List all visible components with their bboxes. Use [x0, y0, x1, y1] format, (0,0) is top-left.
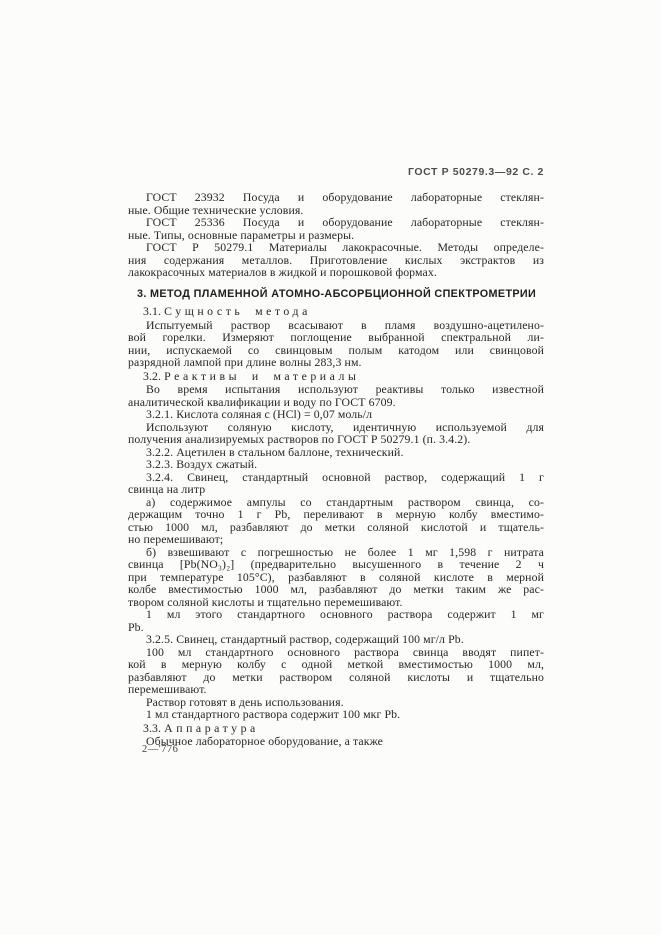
subsection-heading: 3.3. Аппаратура	[143, 722, 544, 735]
document-body: ГОСТ 23932 Посуда и оборудование лаборат…	[128, 191, 544, 748]
paragraph: 3.2.4. Свинец, стандартный основной раст…	[128, 471, 544, 496]
text-line: но перемешивают;	[128, 533, 544, 546]
paragraph: Используют соляную кислоту, идентичную и…	[128, 421, 544, 446]
text-line: Обычное лабораторное оборудование, а так…	[128, 735, 544, 748]
text-line: 1 мл стандартного раствора содержит 100 …	[128, 708, 544, 721]
subsection-title: Реактивы и материалы	[164, 369, 359, 383]
paragraph: Испытуемый раствор всасывают в пламя воз…	[128, 319, 544, 369]
paragraph: 1 мл этого стандартного основного раство…	[128, 608, 544, 633]
text-line: ГОСТ 23932 Посуда и оборудование лаборат…	[128, 191, 544, 204]
paragraph: ГОСТ 25336 Посуда и оборудование лаборат…	[128, 216, 544, 241]
paragraph: Во время испытания используют реактивы т…	[128, 383, 544, 408]
text-line: Во время испытания используют реактивы т…	[128, 383, 544, 396]
paragraph: 3.2.5. Свинец, стандартный раствор, соде…	[128, 633, 544, 646]
paragraph: б) взвешивают с погрешностью не более 1 …	[128, 546, 544, 609]
text-line: ГОСТ 25336 Посуда и оборудование лаборат…	[128, 216, 544, 229]
subsection-title: Сущность метода	[164, 304, 311, 318]
paragraph: ГОСТ 23932 Посуда и оборудование лаборат…	[128, 191, 544, 216]
subsection-number: 3.2.	[143, 369, 164, 383]
paragraph: 1 мл стандартного раствора содержит 100 …	[128, 708, 544, 721]
text-line: свинца [Pb(NO₃)₂] (предварительно высуше…	[128, 558, 544, 571]
text-line: 1 мл этого стандартного основного раство…	[128, 608, 544, 621]
paragraph: 100 мл стандартного основного раствора с…	[128, 646, 544, 696]
paragraph: а) содержимое ампулы со стандартным раст…	[128, 496, 544, 546]
text-line: кой в мерную колбу с одной меткой вмести…	[128, 658, 544, 671]
paragraph: ГОСТ Р 50279.1 Материалы лакокрасочные. …	[128, 241, 544, 279]
scanned-document-page: ГОСТ Р 50279.3—92 С. 2 ГОСТ 23932 Посуда…	[0, 0, 661, 935]
text-line: перемешивают.	[128, 683, 544, 696]
subsection-heading: 3.1. Сущность метода	[143, 305, 544, 318]
page-header: ГОСТ Р 50279.3—92 С. 2	[128, 166, 544, 178]
text-line: получения анализируемых растворов по ГОС…	[128, 433, 544, 446]
printers-mark: 2—'776	[142, 744, 178, 755]
text-line: 3.2.5. Свинец, стандартный раствор, соде…	[128, 633, 544, 646]
subsection-number: 3.3.	[143, 721, 164, 735]
text-line: вой горелки. Измеряют поглощение выбранн…	[128, 331, 544, 344]
text-line: держащим точно 1 г Pb, переливают в мерн…	[128, 508, 544, 521]
subsection-number: 3.1.	[143, 304, 164, 318]
paragraph: 3.2.1. Кислота соляная с (HCl) = 0,07 мо…	[128, 408, 544, 421]
paragraph: Обычное лабораторное оборудование, а так…	[128, 735, 544, 748]
text-line: колбе вместимостью 1000 мл, разбавляют д…	[128, 583, 544, 596]
text-line: ГОСТ Р 50279.1 Материалы лакокрасочные. …	[128, 241, 544, 254]
text-line: разрядной лампой при длине волны 283,3 н…	[128, 356, 544, 369]
section-heading: 3. МЕТОД ПЛАМЕННОЙ АТОМНО-АБСОРБЦИОННОЙ …	[137, 288, 544, 301]
text-line: лакокрасочных материалов в жидкой и поро…	[128, 266, 544, 279]
paragraph: 3.2.3. Воздух сжатый.	[128, 458, 544, 471]
subsection-heading: 3.2. Реактивы и материалы	[143, 370, 544, 383]
text-line: 3.2.3. Воздух сжатый.	[128, 458, 544, 471]
subsection-title: Аппаратура	[164, 721, 259, 735]
text-line: свинца на литр	[128, 483, 544, 496]
text-line: 3.2.1. Кислота соляная с (HCl) = 0,07 мо…	[128, 408, 544, 421]
